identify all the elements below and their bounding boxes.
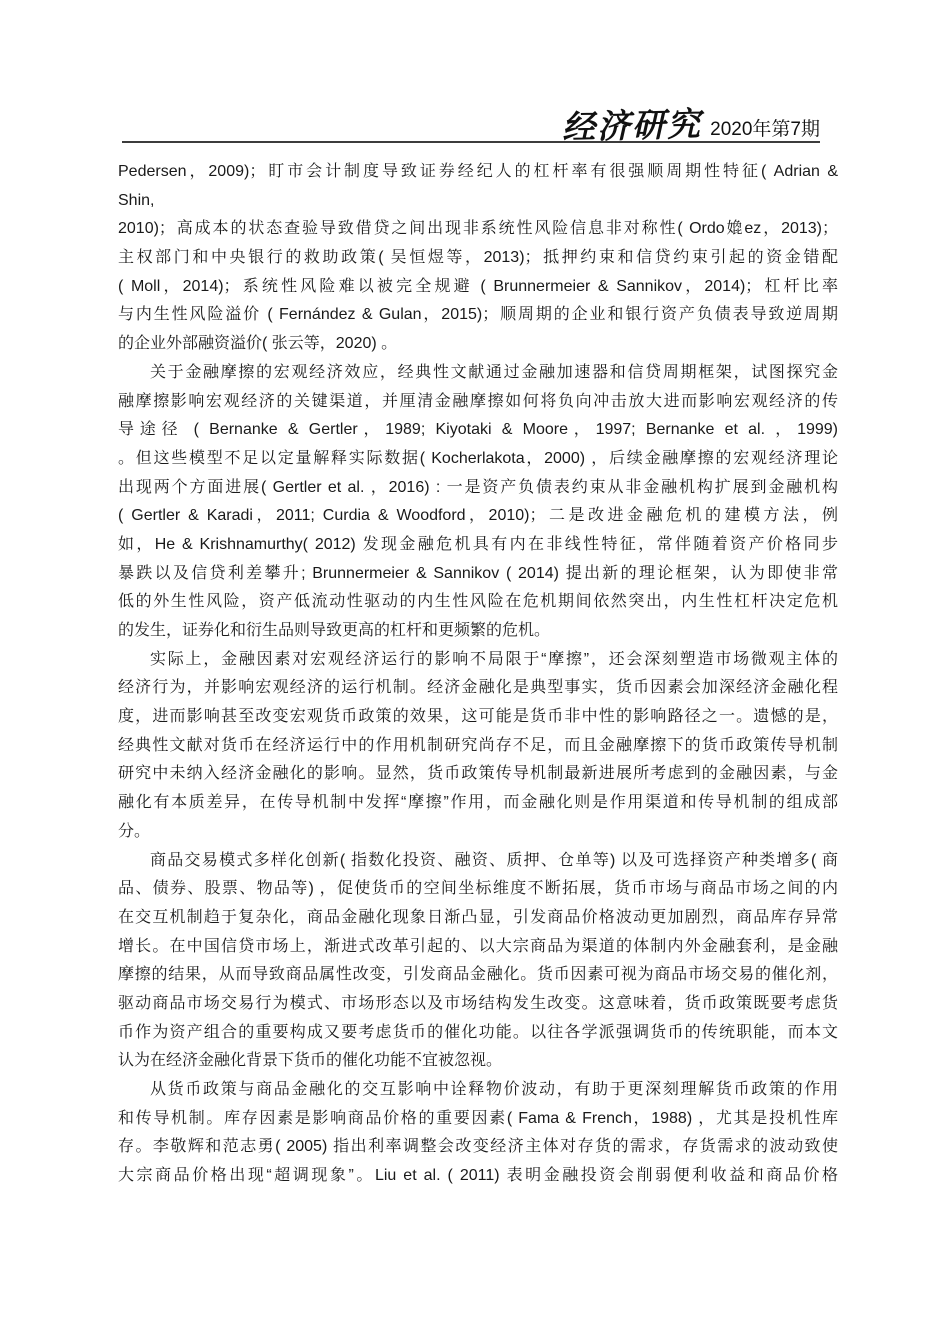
paragraph-line: 研究中未纳入经济金融化的影响。显然，货币政策传导机制最新进展所考虑到的金融因素，… — [118, 760, 838, 789]
paragraph-line: 融摩擦影响宏观经济的关键渠道，并厘清金融摩擦如何将负向冲击放大进而影响宏观经济的… — [118, 388, 838, 417]
paragraph-line: 从货币政策与商品金融化的交互影响中诠释物价波动，有助于更深刻理解货币政策的作用 — [118, 1076, 838, 1105]
paragraph-line: 币作为资产组合的重要构成又要考虑货币的催化功能。以往各学派强调货币的传统职能，而… — [118, 1019, 838, 1048]
paragraph-line: Pedersen，2009)；盯市会计制度导致证券经纪人的杠杆率有很强顺周期性特… — [118, 158, 838, 187]
paragraph-line: 分。 — [118, 818, 838, 847]
paragraph-line: 商品交易模式多样化创新( 指数化投资、融资、质押、仓单等) 以及可选择资产种类增… — [118, 847, 838, 876]
paragraph: 从货币政策与商品金融化的交互影响中诠释物价波动，有助于更深刻理解货币政策的作用和… — [118, 1076, 838, 1191]
page-header: 经济研究 2020年第7期 — [562, 100, 820, 142]
paragraph-line: 2010)；高成本的状态查验导致借贷之间出现非系统性风险信息非对称性( Ordo… — [118, 215, 838, 244]
paragraph: 商品交易模式多样化创新( 指数化投资、融资、质押、仓单等) 以及可选择资产种类增… — [118, 847, 838, 1077]
paragraph-line: 低的外生性风险，资产低流动性驱动的内生性风险在危机期间依然突出，内生性杠杆决定危… — [118, 588, 838, 617]
paragraph-line: 度，进而影响甚至改变宏观货币政策的效果，这可能是货币非中性的影响路径之一。遗憾的… — [118, 703, 838, 732]
paragraph-line: 和传导机制。库存因素是影响商品价格的重要因素( Fama & French，19… — [118, 1105, 838, 1134]
paragraph-line: 存。李敬辉和范志勇( 2005) 指出利率调整会改变经济主体对存货的需求，存货需… — [118, 1133, 838, 1162]
paragraph-line: 驱动商品市场交易行为模式、市场形态以及市场结构发生改变。这意味着，货币政策既要考… — [118, 990, 838, 1019]
paragraph-line: 的企业外部融资溢价( 张云等，2020) 。 — [118, 330, 838, 359]
paragraph-line: Shin, — [118, 187, 838, 216]
paragraph: 关于金融摩擦的宏观经济效应，经典性文献通过金融加速器和信贷周期框架，试图探究金融… — [118, 359, 838, 646]
issue-label: 2020年第7期 — [710, 120, 820, 142]
paragraph-line: 的发生，证券化和衍生品则导致更高的杠杆和更频繁的危机。 — [118, 617, 838, 646]
paragraph-line: 实际上，金融因素对宏观经济运行的影响不局限于“摩擦”，还会深刻塑造市场微观主体的 — [118, 646, 838, 675]
paragraph-line: 主权部门和中央银行的救助政策( 吴恒煜等，2013)；抵押约束和信贷约束引起的资… — [118, 244, 838, 273]
paragraph-line: 融化有本质差异，在传导机制中发挥“摩擦”作用，而金融化则是作用渠道和传导机制的组… — [118, 789, 838, 818]
paragraph-line: 。但这些模型不足以定量解释实际数据( Kocherlakota，2000) ，后… — [118, 445, 838, 474]
paragraph: Pedersen，2009)；盯市会计制度导致证券经纪人的杠杆率有很强顺周期性特… — [118, 158, 838, 359]
paragraph-line: 品、债券、股票、物品等) ，促使货币的空间坐标维度不断拓展，货币市场与商品市场之… — [118, 875, 838, 904]
journal-page: 经济研究 2020年第7期 Pedersen，2009)；盯市会计制度导致证券经… — [0, 0, 950, 1344]
paragraph-line: 大宗商品价格出现“超调现象”。Liu et al. ( 2011) 表明金融投资… — [118, 1162, 838, 1191]
paragraph-line: 经济行为，并影响宏观经济的运行机制。经济金融化是典型事实，货币因素会加深经济金融… — [118, 674, 838, 703]
paragraph-line: 暴跌以及信贷利差攀升; Brunnermeier & Sannikov ( 20… — [118, 560, 838, 589]
journal-logo: 经济研究 — [562, 107, 703, 144]
paragraph-line: 如，He & Krishnamurthy( 2012) 发现金融危机具有内在非线… — [118, 531, 838, 560]
paragraph: 实际上，金融因素对宏观经济运行的影响不局限于“摩擦”，还会深刻塑造市场微观主体的… — [118, 646, 838, 847]
paragraph-line: ( Moll，2014)；系统性风险难以被完全规避 ( Brunnermeier… — [118, 273, 838, 302]
header-rule — [122, 141, 820, 143]
paragraph-line: 经典性文献对货币在经济运行中的作用机制研究尚存不足，而且金融摩擦下的货币政策传导… — [118, 732, 838, 761]
article-body: Pedersen，2009)；盯市会计制度导致证券经纪人的杠杆率有很强顺周期性特… — [118, 158, 838, 1191]
paragraph-line: 导途径 ( Bernanke & Gertler，1989; Kiyotaki … — [118, 416, 838, 445]
paragraph-line: 与内生性风险溢价 ( Fernández & Gulan，2015)；顺周期的企… — [118, 301, 838, 330]
paragraph-line: 摩擦的结果，从而导致商品属性改变，引发商品金融化。货币因素可视为商品市场交易的催… — [118, 961, 838, 990]
paragraph-line: 关于金融摩擦的宏观经济效应，经典性文献通过金融加速器和信贷周期框架，试图探究金 — [118, 359, 838, 388]
paragraph-line: ( Gertler & Karadi，2011; Curdia & Woodfo… — [118, 502, 838, 531]
paragraph-line: 出现两个方面进展( Gertler et al. ，2016) : 一是资产负债… — [118, 474, 838, 503]
paragraph-line: 认为在经济金融化背景下货币的催化功能不宜被忽视。 — [118, 1047, 838, 1076]
paragraph-line: 增长。在中国信贷市场上，渐进式改革引起的、以大宗商品为渠道的体制内外金融套利，是… — [118, 933, 838, 962]
paragraph-line: 在交互机制趋于复杂化，商品金融化现象日渐凸显，引发商品价格波动更加剧烈，商品库存… — [118, 904, 838, 933]
